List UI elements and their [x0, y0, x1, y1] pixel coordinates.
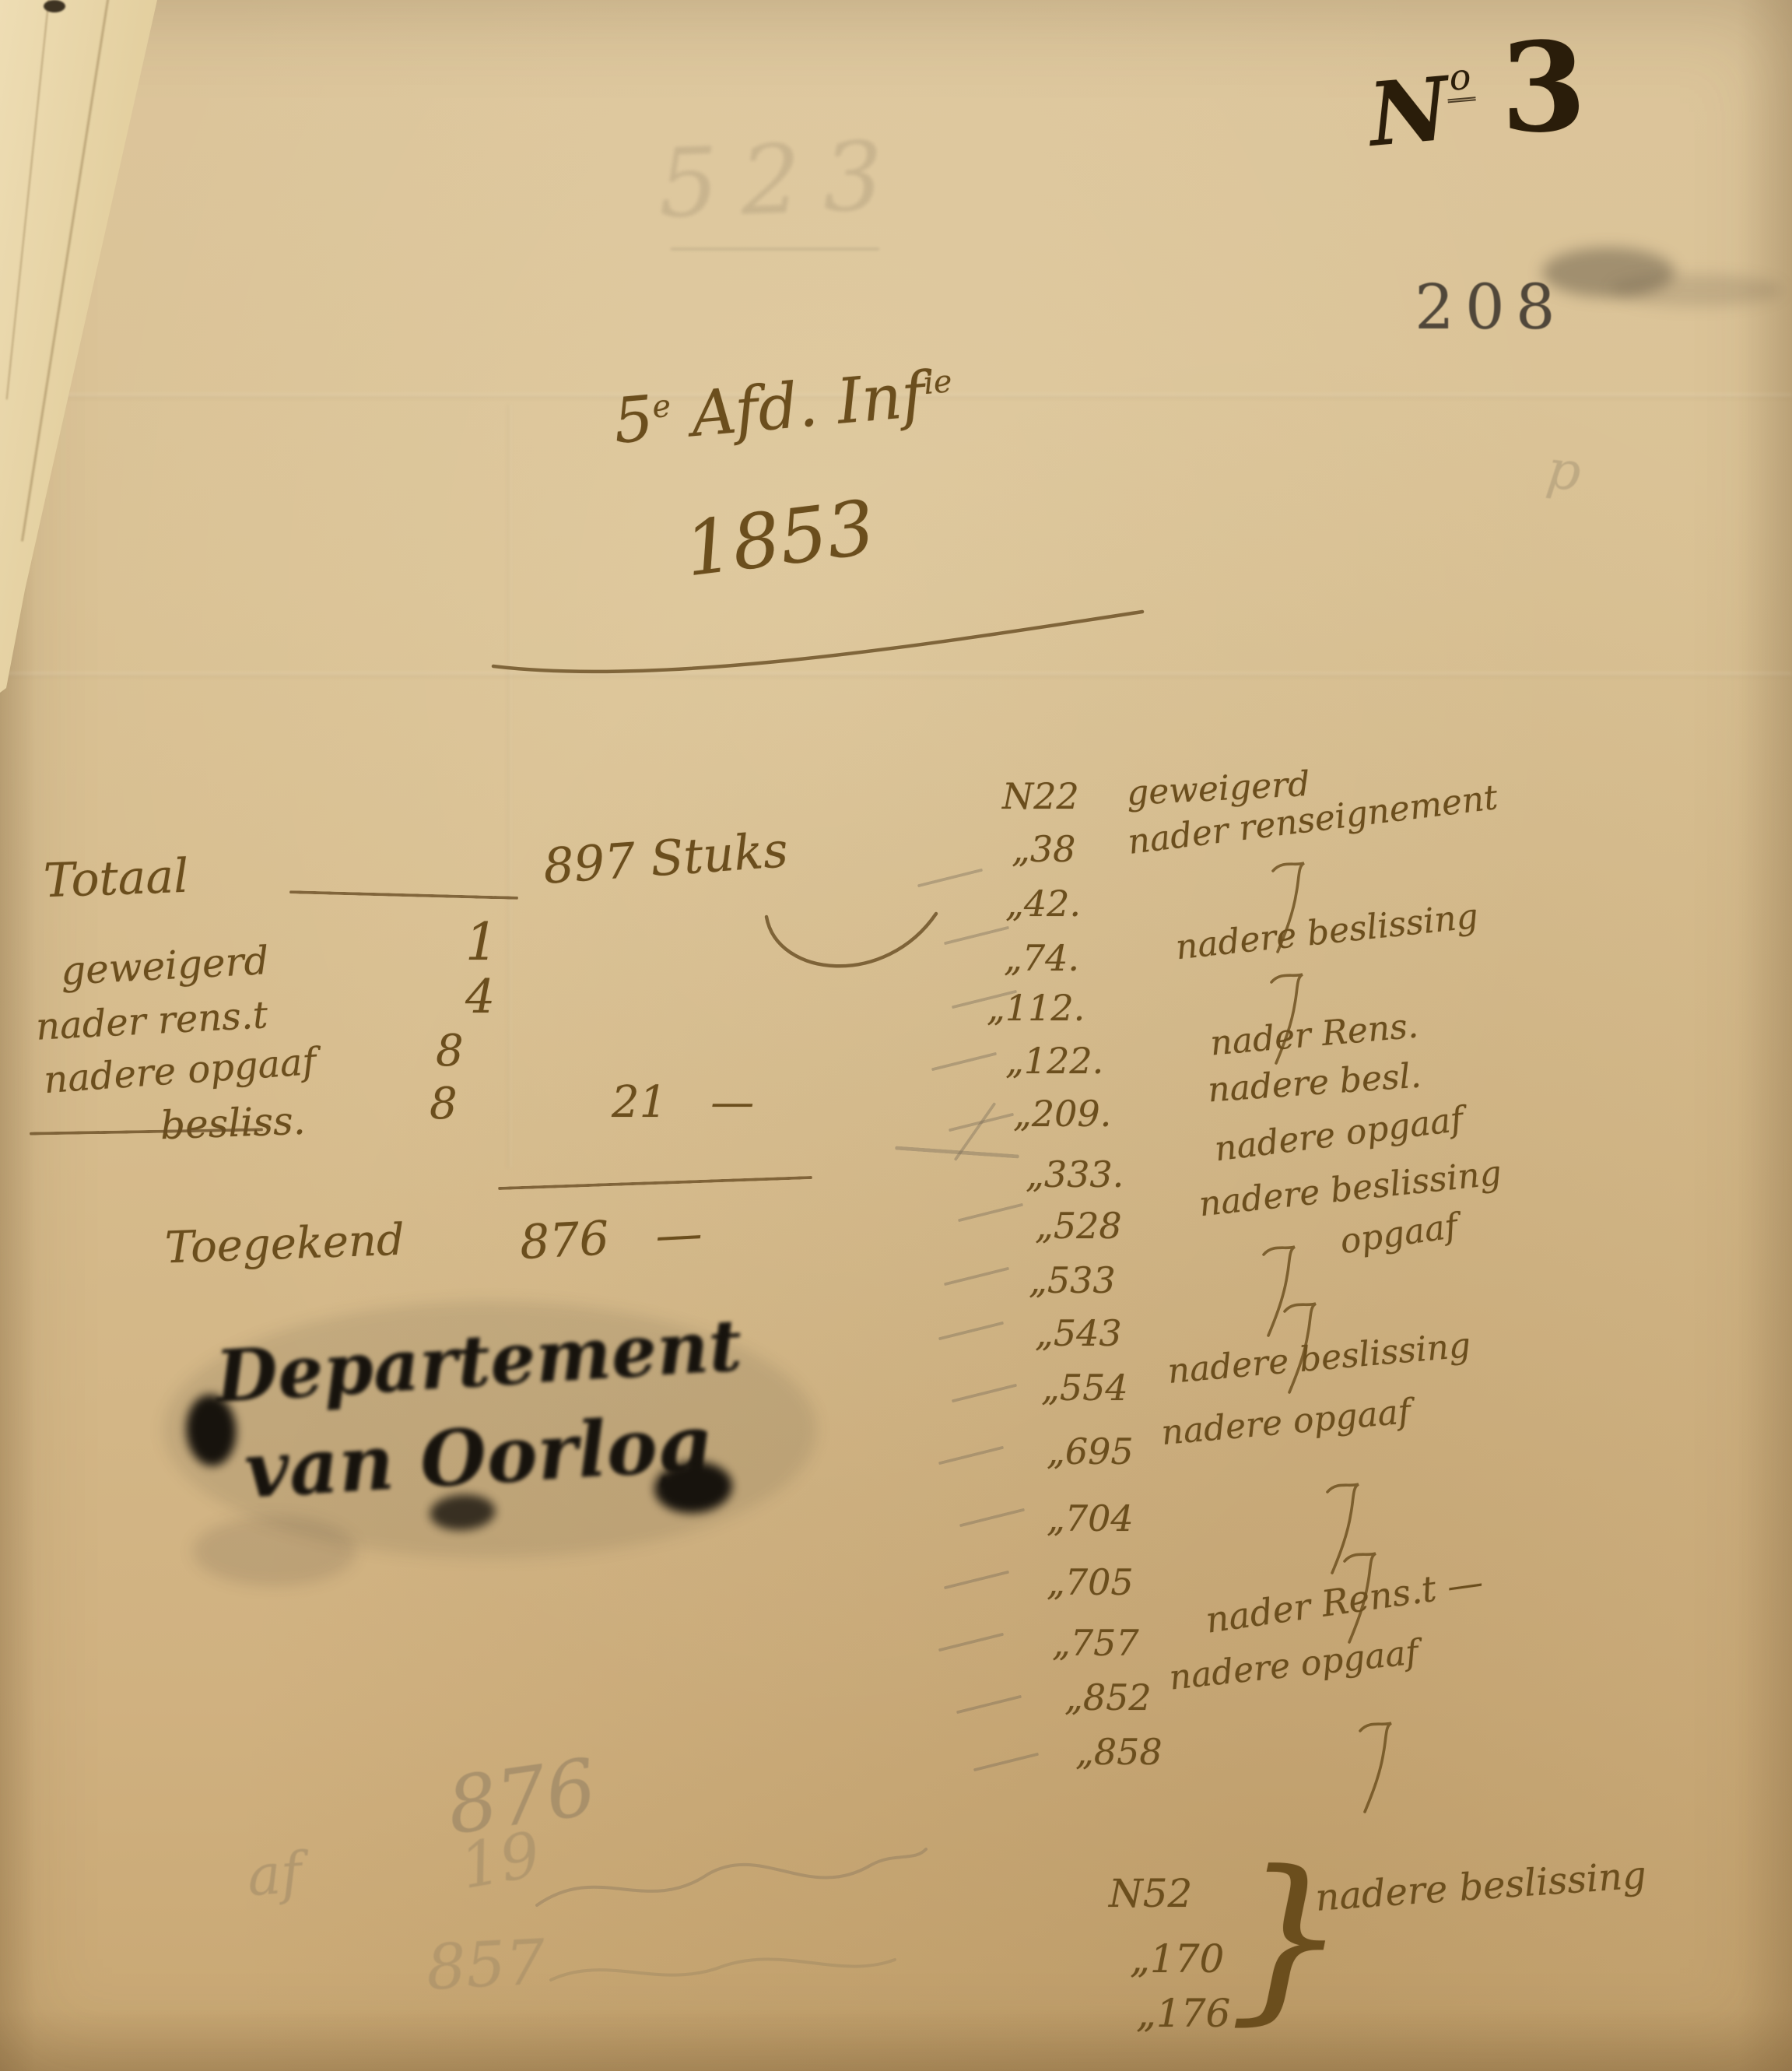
- page-edge: [0, 2009, 1792, 2071]
- entry-note: nadere besl.: [1207, 1055, 1423, 1110]
- pencil-tick: [973, 1753, 1039, 1772]
- page-edge: [1738, 0, 1792, 2071]
- pencil-tick: [938, 1446, 1004, 1465]
- entry-number: „757: [1052, 1622, 1139, 1664]
- totals-row-label: geweigerd: [60, 938, 270, 994]
- corner-number-sup: o: [1444, 54, 1476, 103]
- entry-number: „333.: [1026, 1153, 1124, 1195]
- granted-value: 876 —: [518, 1206, 703, 1270]
- pencil-tick: [944, 1267, 1009, 1286]
- totals-row-value: 4: [465, 970, 495, 1024]
- manuscript-page: No 3 523 208 5e Afd. Infie 1853 p Totaal…: [0, 0, 1792, 2071]
- entry-number: „38: [1012, 828, 1075, 870]
- pencil-tick: [938, 1633, 1004, 1652]
- pencil-scribble: [529, 1831, 934, 1932]
- pencil-tick: [917, 869, 983, 888]
- group-number: N52: [1109, 1871, 1192, 1916]
- heading-corps: 5: [611, 382, 657, 458]
- pencil-tick: [959, 1508, 1025, 1528]
- pencil-note: 857: [425, 1925, 547, 2004]
- entry-number: „858: [1075, 1731, 1163, 1773]
- entry-number: „704: [1047, 1497, 1134, 1539]
- ditto-mark: [1355, 1701, 1399, 1834]
- corner-number-digit: 3: [1499, 16, 1587, 161]
- pencil-tick: [944, 926, 1009, 946]
- heading-year: 1853: [680, 484, 879, 594]
- page-number-stamp: 208: [1415, 271, 1566, 343]
- entry-number: „554: [1041, 1367, 1128, 1409]
- entry-number: „543: [1035, 1312, 1122, 1354]
- entry-number: „533: [1029, 1259, 1116, 1301]
- group-number: „170: [1130, 1936, 1224, 1981]
- total-label: Totaal: [43, 849, 190, 908]
- entry-number: „695: [1047, 1430, 1134, 1473]
- subtotal-value: 21 —: [612, 1077, 754, 1128]
- pencil-tick: [958, 1203, 1023, 1223]
- heading-inf-sup: ie: [922, 363, 953, 402]
- ghost-impression: 523: [657, 121, 907, 240]
- ink-rule: [289, 890, 518, 900]
- heading-inf: Inf: [834, 358, 928, 437]
- corner-number-n: N: [1365, 58, 1453, 167]
- pencil-tick: [956, 1695, 1022, 1715]
- heading-line1: 5e Afd. Infie: [611, 356, 956, 458]
- entry-note: nadere beslissing: [1173, 897, 1480, 968]
- totals-row-label: nader rens.t: [35, 993, 269, 1049]
- total-value: 897 Stuks: [542, 821, 790, 895]
- ink-smudge: [1611, 274, 1782, 307]
- totals-row-label: nadere opgaaf: [42, 1040, 317, 1102]
- entry-number: „122.: [1005, 1040, 1103, 1082]
- entry-number: „852: [1064, 1676, 1152, 1718]
- totals-row-value: 1: [465, 912, 498, 972]
- heading-afd: Afd.: [688, 367, 820, 451]
- pencil-note: af: [245, 1840, 303, 1909]
- group-brace: }: [1228, 1834, 1348, 2041]
- pencil-tick: [952, 1384, 1017, 1403]
- granted-label: Toegekend: [164, 1215, 405, 1274]
- total-underline: [759, 901, 945, 999]
- entry-note: nadere opgaaf: [1167, 1632, 1420, 1697]
- entry-note: nadere opgaaf: [1212, 1100, 1465, 1170]
- entry-number: „112.: [987, 987, 1085, 1029]
- totals-row-value: 8: [436, 1026, 464, 1076]
- fold-shadow: [44, 0, 65, 12]
- paper-crease: [507, 405, 511, 1167]
- entry-number: „74.: [1004, 937, 1079, 979]
- entry-note: opgaaf: [1338, 1206, 1460, 1262]
- heading-corps-sup: e: [651, 388, 672, 426]
- year-flourish: [484, 588, 1153, 690]
- group-note: nadere beslissing: [1314, 1853, 1648, 1920]
- group-number: „176: [1136, 1991, 1230, 2036]
- pencil-tick: [938, 1322, 1004, 1341]
- entry-number: „209.: [1013, 1093, 1111, 1135]
- entry-number: „528: [1035, 1205, 1122, 1247]
- pencil-tick: [944, 1571, 1009, 1590]
- totals-row-label: besliss.: [160, 1098, 306, 1148]
- entry-note: nader Rens.: [1208, 1006, 1419, 1063]
- entry-number: N22: [1002, 775, 1079, 817]
- entry-number: „705: [1047, 1561, 1134, 1603]
- pencil-scribble: [545, 1939, 903, 2002]
- ink-rule: [498, 1176, 812, 1190]
- totals-row-value: 8: [430, 1079, 458, 1129]
- ghost-underline: [671, 247, 879, 251]
- entry-number: „42.: [1005, 883, 1081, 925]
- corner-number: No 3: [1362, 12, 1592, 175]
- pencil-tick: [931, 1052, 997, 1072]
- department-ink-stamp: Departement van Oorlog: [171, 1293, 807, 1564]
- pencil-mark: p: [1543, 439, 1584, 504]
